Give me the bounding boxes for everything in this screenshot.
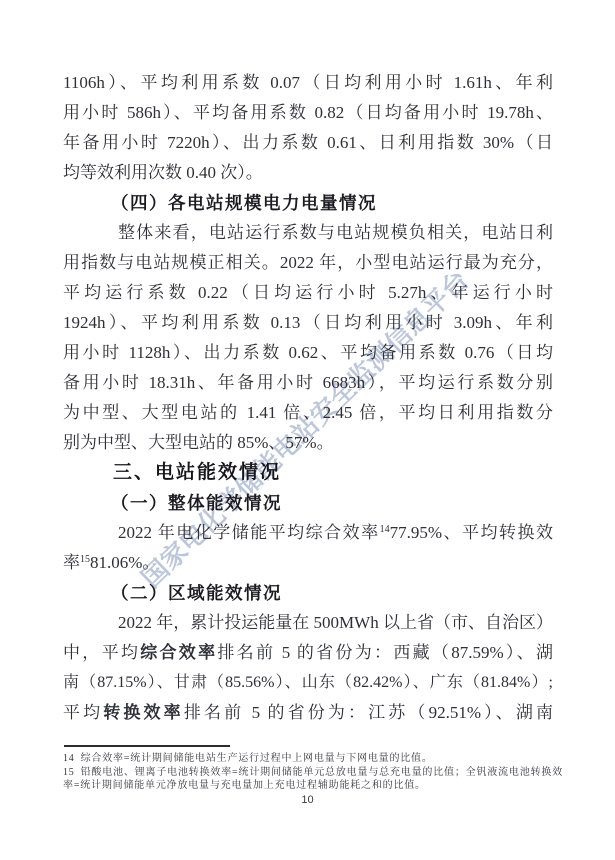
bold-text: 转换效率 (103, 703, 184, 722)
body-text-line: 2022 年电化学储能平均综合效率1477.95%、平均转换效 (63, 518, 553, 548)
body-text-line: 1106h）、平均利用系数 0.07（日均利用小时 1.61h、年利 (63, 68, 553, 98)
body-text-line: 1924h）、平均利用系数 0.13（日均利用小时 3.09h、年利 (63, 308, 553, 338)
footnote-separator (64, 745, 230, 747)
text-segment: 别为中型、大型电站的 85%、57%。 (63, 433, 334, 452)
body-text-line: 均等效利用次数 0.40 次）。 (63, 158, 553, 188)
body-text-line: 整体来看，电站运行系数与电站规模负相关，电站日利 (63, 218, 553, 248)
text-segment: 排名前 5 的省份为：江苏（92.51%）、湖南 (184, 703, 553, 722)
text-segment: 为中型、大型电站的 1.41 倍、2.45 倍，平均日利用指数分 (63, 403, 553, 422)
text-segment: 2022 年电化学储能平均综合效率 (118, 523, 380, 542)
document-body: 1106h）、平均利用系数 0.07（日均利用小时 1.61h、年利用小时 58… (63, 68, 553, 728)
body-text-line: 年备用小时 7220h）、出力系数 0.61、日利用指数 30%（日 (63, 128, 553, 158)
footnote-number: 15 (63, 767, 75, 778)
section-heading: （一）整体能效情况 (63, 488, 553, 518)
body-text-line: 平均运行系数 0.22（日均运行小时 5.27h、年运行小时 (63, 278, 553, 308)
text-segment: 平均 (63, 703, 103, 722)
text-segment: （四）各电站规模电力电量情况 (111, 193, 377, 213)
document-page: 国家电化学储能电站安全监测信息平台 1106h）、平均利用系数 0.07（日均利… (0, 0, 615, 860)
body-text-line: 南（87.15%）、甘肃（85.56%）、山东（82.42%）、广东（81.84… (63, 668, 553, 698)
body-text-line: 用小时 586h）、平均备用系数 0.82（日均备用小时 19.78h、 (63, 98, 553, 128)
footnotes: 14综合效率=统计期间储能电站生产运行过程中上网电量与下网电量的比值。15铅酸电… (63, 752, 563, 793)
body-text-line: 备用小时 18.31h、年备用小时 6683h），平均运行系数分别 (63, 368, 553, 398)
text-segment: 排名前 5 的省份为：西藏（87.59%）、湖 (217, 643, 553, 662)
section-heading: 三、电站能效情况 (63, 458, 553, 488)
text-segment: 年备用小时 7220h）、出力系数 0.61、日利用指数 30%（日 (63, 133, 553, 152)
footnote-text: 铅酸电池、锂离子电池转换效率=统计期间储能单元总放电量与总充电量的比值；全钒液流… (63, 767, 563, 792)
text-segment: 均等效利用次数 0.40 次）。 (63, 163, 263, 182)
footnote-item: 15铅酸电池、锂离子电池转换效率=统计期间储能单元总放电量与总充电量的比值；全钒… (63, 766, 563, 793)
section-heading: （二）区域能效情况 (63, 578, 553, 608)
body-text-line: 平均转换效率排名前 5 的省份为：江苏（92.51%）、湖南 (63, 698, 553, 728)
text-segment: 2022 年，累计投运能量在 500MWh 以上省（市、自治区） (118, 613, 553, 632)
section-heading: （四）各电站规模电力电量情况 (63, 188, 553, 218)
body-text-line: 率1581.06%。 (63, 548, 553, 578)
body-text-line: 别为中型、大型电站的 85%、57%。 (63, 428, 553, 458)
text-segment: 南（87.15%）、甘肃（85.56%）、山东（82.42%）、广东（81.84… (63, 674, 553, 691)
footnote-reference: 15 (80, 554, 90, 565)
text-segment: 1106h）、平均利用系数 0.07（日均利用小时 1.61h、年利 (63, 73, 553, 92)
footnote-reference: 14 (380, 524, 390, 535)
text-segment: 整体来看，电站运行系数与电站规模负相关，电站日利 (118, 223, 553, 242)
text-segment: 用小时 586h）、平均备用系数 0.82（日均备用小时 19.78h、 (63, 103, 553, 122)
text-segment: （一）整体能效情况 (111, 493, 282, 513)
text-segment: 1924h）、平均利用系数 0.13（日均利用小时 3.09h、年利 (63, 313, 553, 332)
text-segment: 率 (63, 553, 80, 572)
text-segment: 用指数与电站规模正相关。2022 年，小型电站运行最为充分， (63, 253, 553, 272)
page-number: 10 (0, 794, 615, 806)
body-text-line: 中，平均综合效率排名前 5 的省份为：西藏（87.59%）、湖 (63, 638, 553, 668)
body-text-line: 为中型、大型电站的 1.41 倍、2.45 倍，平均日利用指数分 (63, 398, 553, 428)
bold-text: 综合效率 (140, 643, 217, 662)
footnote-number: 14 (63, 753, 75, 764)
body-text-line: 用小时 1128h）、出力系数 0.62、平均备用系数 0.76（日均 (63, 338, 553, 368)
text-segment: 77.95%、平均转换效 (390, 523, 553, 542)
text-segment: （二）区域能效情况 (111, 583, 282, 603)
text-segment: 备用小时 18.31h、年备用小时 6683h），平均运行系数分别 (63, 373, 553, 392)
body-text-line: 2022 年，累计投运能量在 500MWh 以上省（市、自治区） (63, 608, 553, 638)
text-segment: 用小时 1128h）、出力系数 0.62、平均备用系数 0.76（日均 (63, 343, 553, 362)
footnote-text: 综合效率=统计期间储能电站生产运行过程中上网电量与下网电量的比值。 (81, 753, 433, 764)
text-segment: 三、电站能效情况 (113, 462, 281, 483)
text-segment: 中，平均 (63, 643, 140, 662)
text-segment: 81.06%。 (90, 553, 159, 572)
body-text-line: 用指数与电站规模正相关。2022 年，小型电站运行最为充分， (63, 248, 553, 278)
text-segment: 平均运行系数 0.22（日均运行小时 5.27h、年运行小时 (63, 283, 553, 302)
footnote-item: 14综合效率=统计期间储能电站生产运行过程中上网电量与下网电量的比值。 (63, 752, 563, 766)
